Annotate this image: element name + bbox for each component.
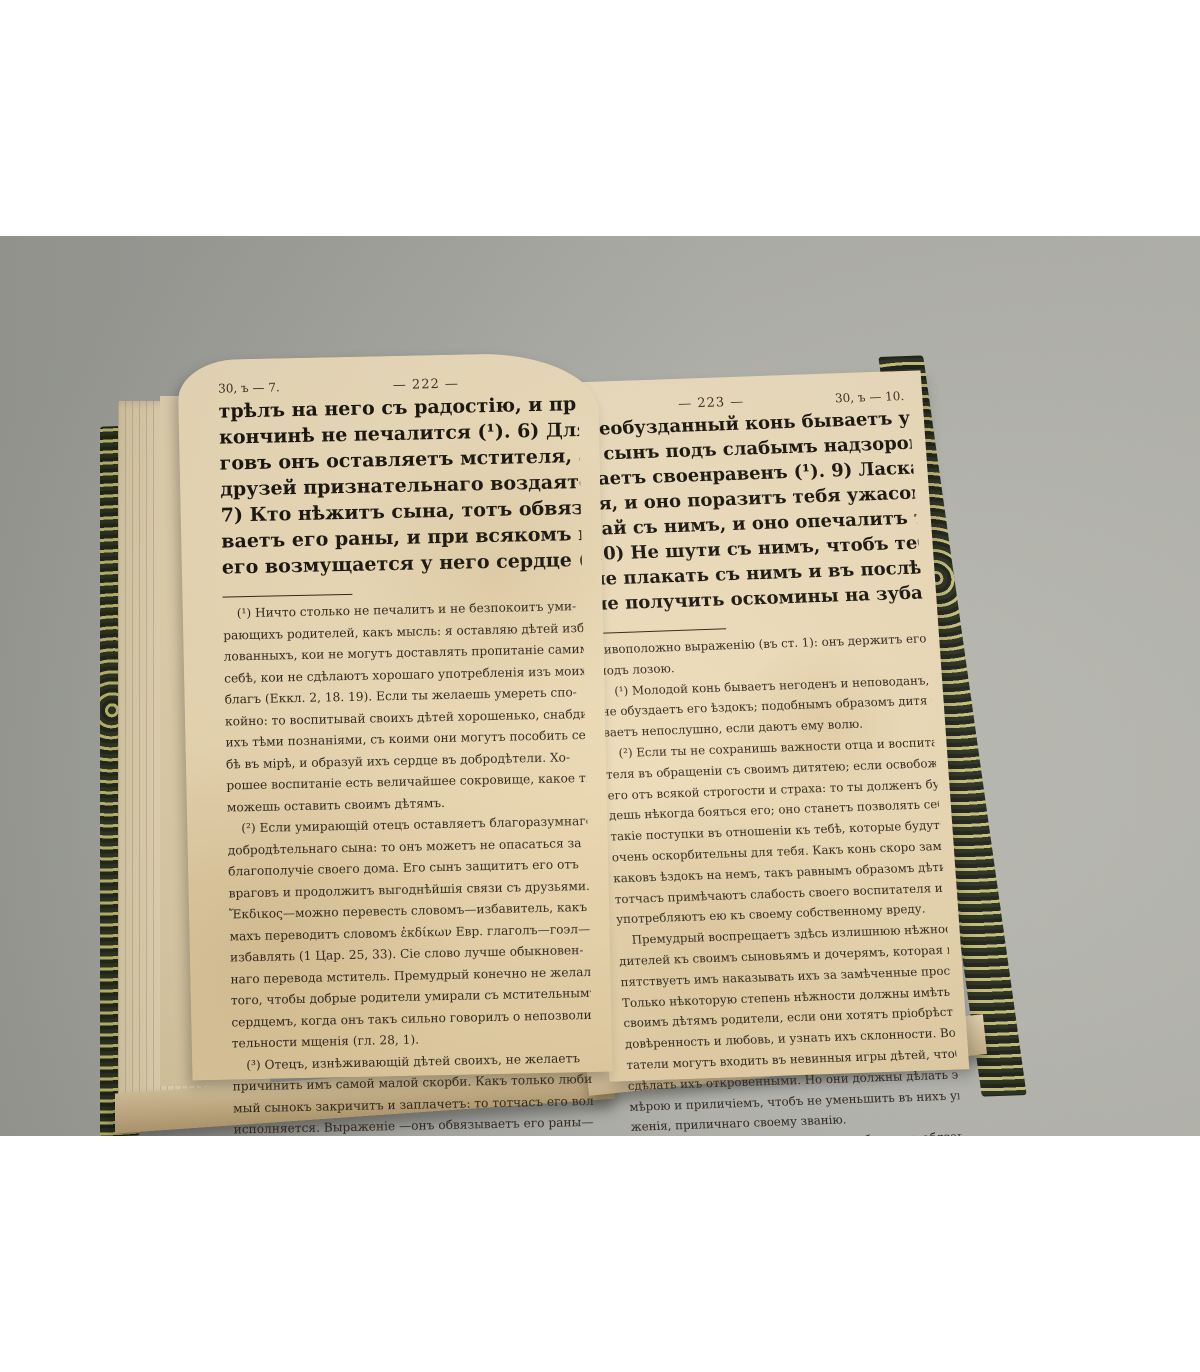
right-chapter-ref: 30, ъ — 10.	[835, 389, 905, 405]
book-photograph: 30. на чт не — ос се се П • — 223 — 30, …	[0, 236, 1200, 1136]
footnote-rule	[222, 594, 352, 598]
left-page: 30, ъ — 7. — 222 — трѣлъ на него съ радо…	[178, 352, 613, 1081]
right-footnotes: тивоположно выраженію (въ ст. 1): онъ де…	[579, 628, 975, 1136]
left-main-text: трѣлъ на него съ радостію, и пр кончинѣ …	[178, 391, 602, 582]
right-page: • — 223 — 30, ъ — 10. Необузданный конь …	[561, 370, 970, 1081]
right-page-number: — 223 —	[678, 395, 745, 412]
footnote-rule	[596, 628, 726, 634]
left-page-number: — 222 —	[393, 377, 459, 393]
left-footnotes: (¹) Ничто столько не печалитъ и не безпо…	[183, 596, 614, 1136]
right-main-text: Необузданный конь бываетъ упрамъ, и сынъ…	[563, 405, 937, 617]
left-chapter-ref: 30, ъ — 7.	[218, 380, 280, 395]
